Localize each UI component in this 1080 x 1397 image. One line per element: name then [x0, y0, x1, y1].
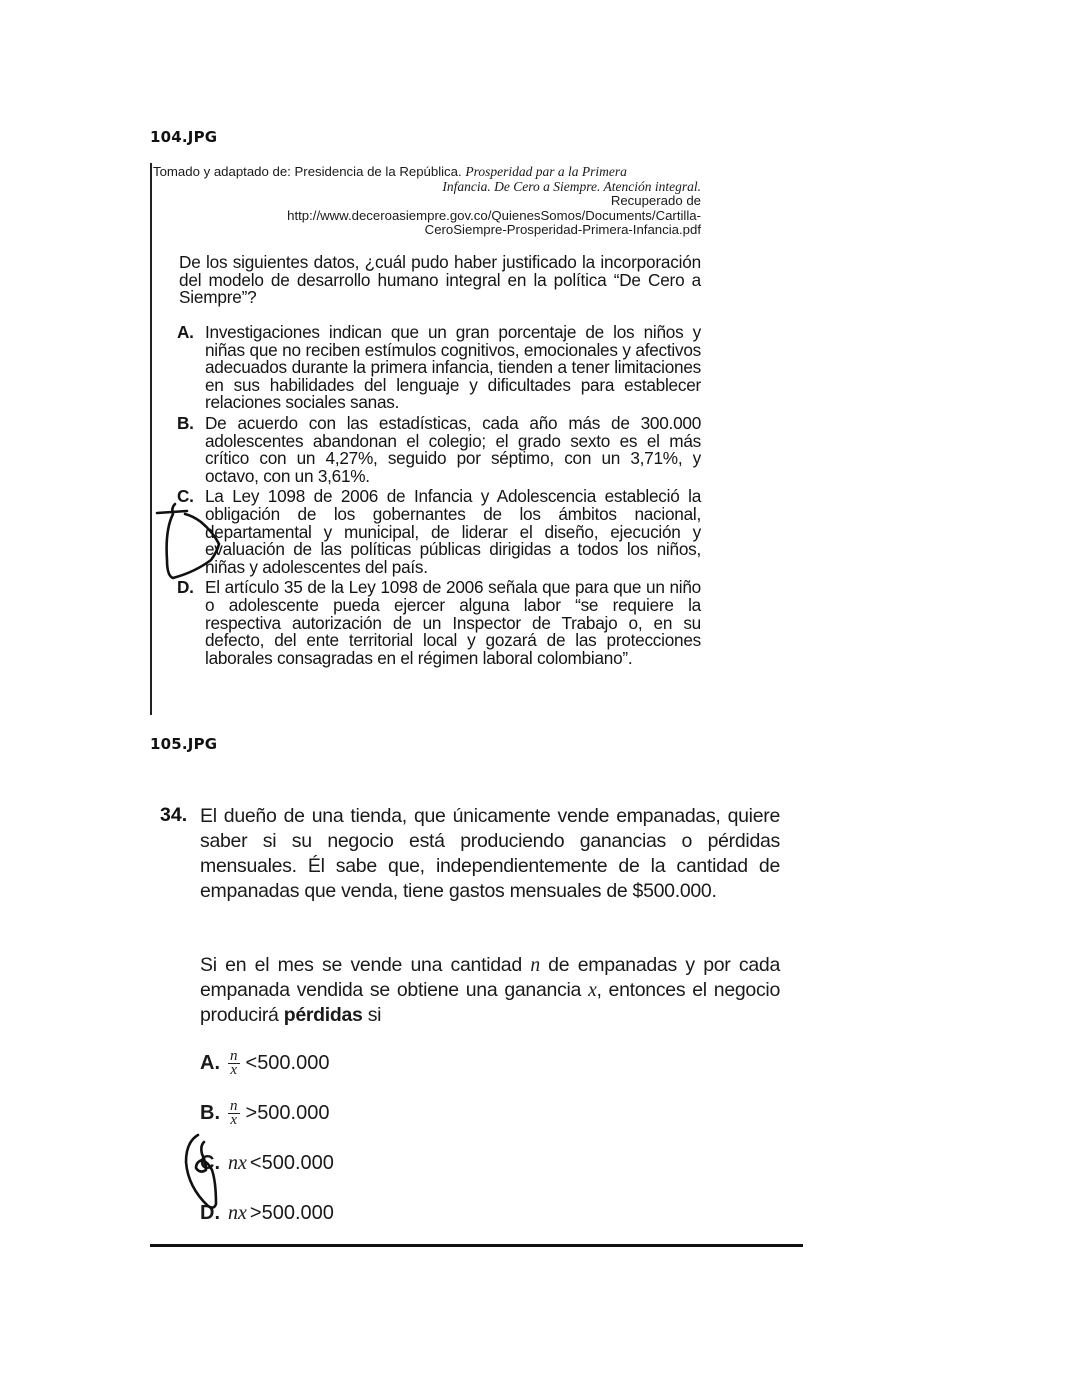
citation-plain: Tomado y adaptado de: Presidencia de la …	[153, 164, 462, 179]
option-text: La Ley 1098 de 2006 de Infancia y Adoles…	[205, 486, 701, 576]
option-letter: B.	[177, 415, 194, 433]
question-stem: El dueño de una tienda, que únicamente v…	[200, 804, 780, 904]
variable-n: n	[530, 955, 539, 976]
option-c: C. La Ley 1098 de 2006 de Infancia y Ado…	[177, 488, 701, 576]
option-text: El artículo 35 de la Ley 1098 de 2006 se…	[205, 577, 701, 667]
image-label-105: 105.JPG	[150, 735, 217, 753]
expression: nx	[228, 1202, 247, 1225]
question-text: De los siguientes datos, ¿cuál pudo habe…	[179, 254, 701, 307]
exam-image-105: 34. El dueño de una tienda, que únicamen…	[150, 800, 805, 1250]
option-text: De acuerdo con las estadísticas, cada añ…	[205, 413, 701, 486]
exam-image-104: Tomado y adaptado de: Presidencia de la …	[150, 163, 710, 715]
option-a: A. Investigaciones indican que un gran p…	[177, 324, 701, 412]
option-b: B. De acuerdo con las estadísticas, cada…	[177, 415, 701, 485]
citation-url-1: http://www.deceroasiempre.gov.co/Quienes…	[153, 209, 701, 224]
answer-options: A. Investigaciones indican que un gran p…	[177, 324, 701, 670]
operator: >	[250, 1202, 262, 1225]
source-citation: Tomado y adaptado de: Presidencia de la …	[153, 165, 701, 238]
bottom-divider	[150, 1244, 803, 1247]
citation-title: Prosperidad par a la Primera	[465, 164, 627, 179]
citation-url-2: CeroSiempre-Prosperidad-Primera-Infancia…	[153, 223, 701, 238]
prompt-text: si	[363, 1004, 382, 1026]
fraction-n-over-x: nx	[228, 1100, 240, 1127]
image-label-104: 104.JPG	[150, 128, 217, 146]
option-value: 500.000	[262, 1202, 334, 1225]
prompt-text: Si en el mes se vende una cantidad	[200, 954, 530, 976]
option-value: 500.000	[262, 1152, 334, 1175]
question-number: 34.	[160, 804, 187, 827]
option-a: A. nx < 500.000	[200, 1046, 329, 1080]
option-value: 500.000	[257, 1102, 329, 1125]
operator: <	[250, 1152, 262, 1175]
option-letter: D.	[200, 1202, 228, 1225]
prompt-emphasis: pérdidas	[284, 1004, 363, 1026]
option-b: B. nx > 500.000	[200, 1096, 329, 1130]
option-letter: D.	[177, 579, 194, 597]
expression: nx	[228, 1152, 247, 1175]
denominator: x	[230, 1064, 237, 1077]
operator: >	[246, 1102, 258, 1125]
left-margin-bar	[150, 163, 152, 715]
denominator: x	[230, 1114, 237, 1127]
question-prompt: Si en el mes se vende una cantidad n de …	[200, 953, 780, 1028]
citation-title-cont: Infancia. De Cero a Siempre. Atención in…	[442, 179, 701, 194]
option-c: C. nx < 500.000	[200, 1146, 334, 1180]
option-letter: C.	[177, 488, 194, 506]
option-letter: B.	[200, 1102, 228, 1125]
option-d: D. El artículo 35 de la Ley 1098 de 2006…	[177, 579, 701, 667]
fraction-n-over-x: nx	[228, 1050, 240, 1077]
option-letter: A.	[200, 1052, 228, 1075]
option-d: D. nx > 500.000	[200, 1196, 334, 1230]
option-value: 500.000	[257, 1052, 329, 1075]
option-text: Investigaciones indican que un gran porc…	[205, 322, 701, 412]
operator: <	[246, 1052, 258, 1075]
option-letter: C.	[200, 1152, 228, 1175]
citation-retrieved: Recuperado de	[153, 194, 701, 209]
option-letter: A.	[177, 324, 194, 342]
